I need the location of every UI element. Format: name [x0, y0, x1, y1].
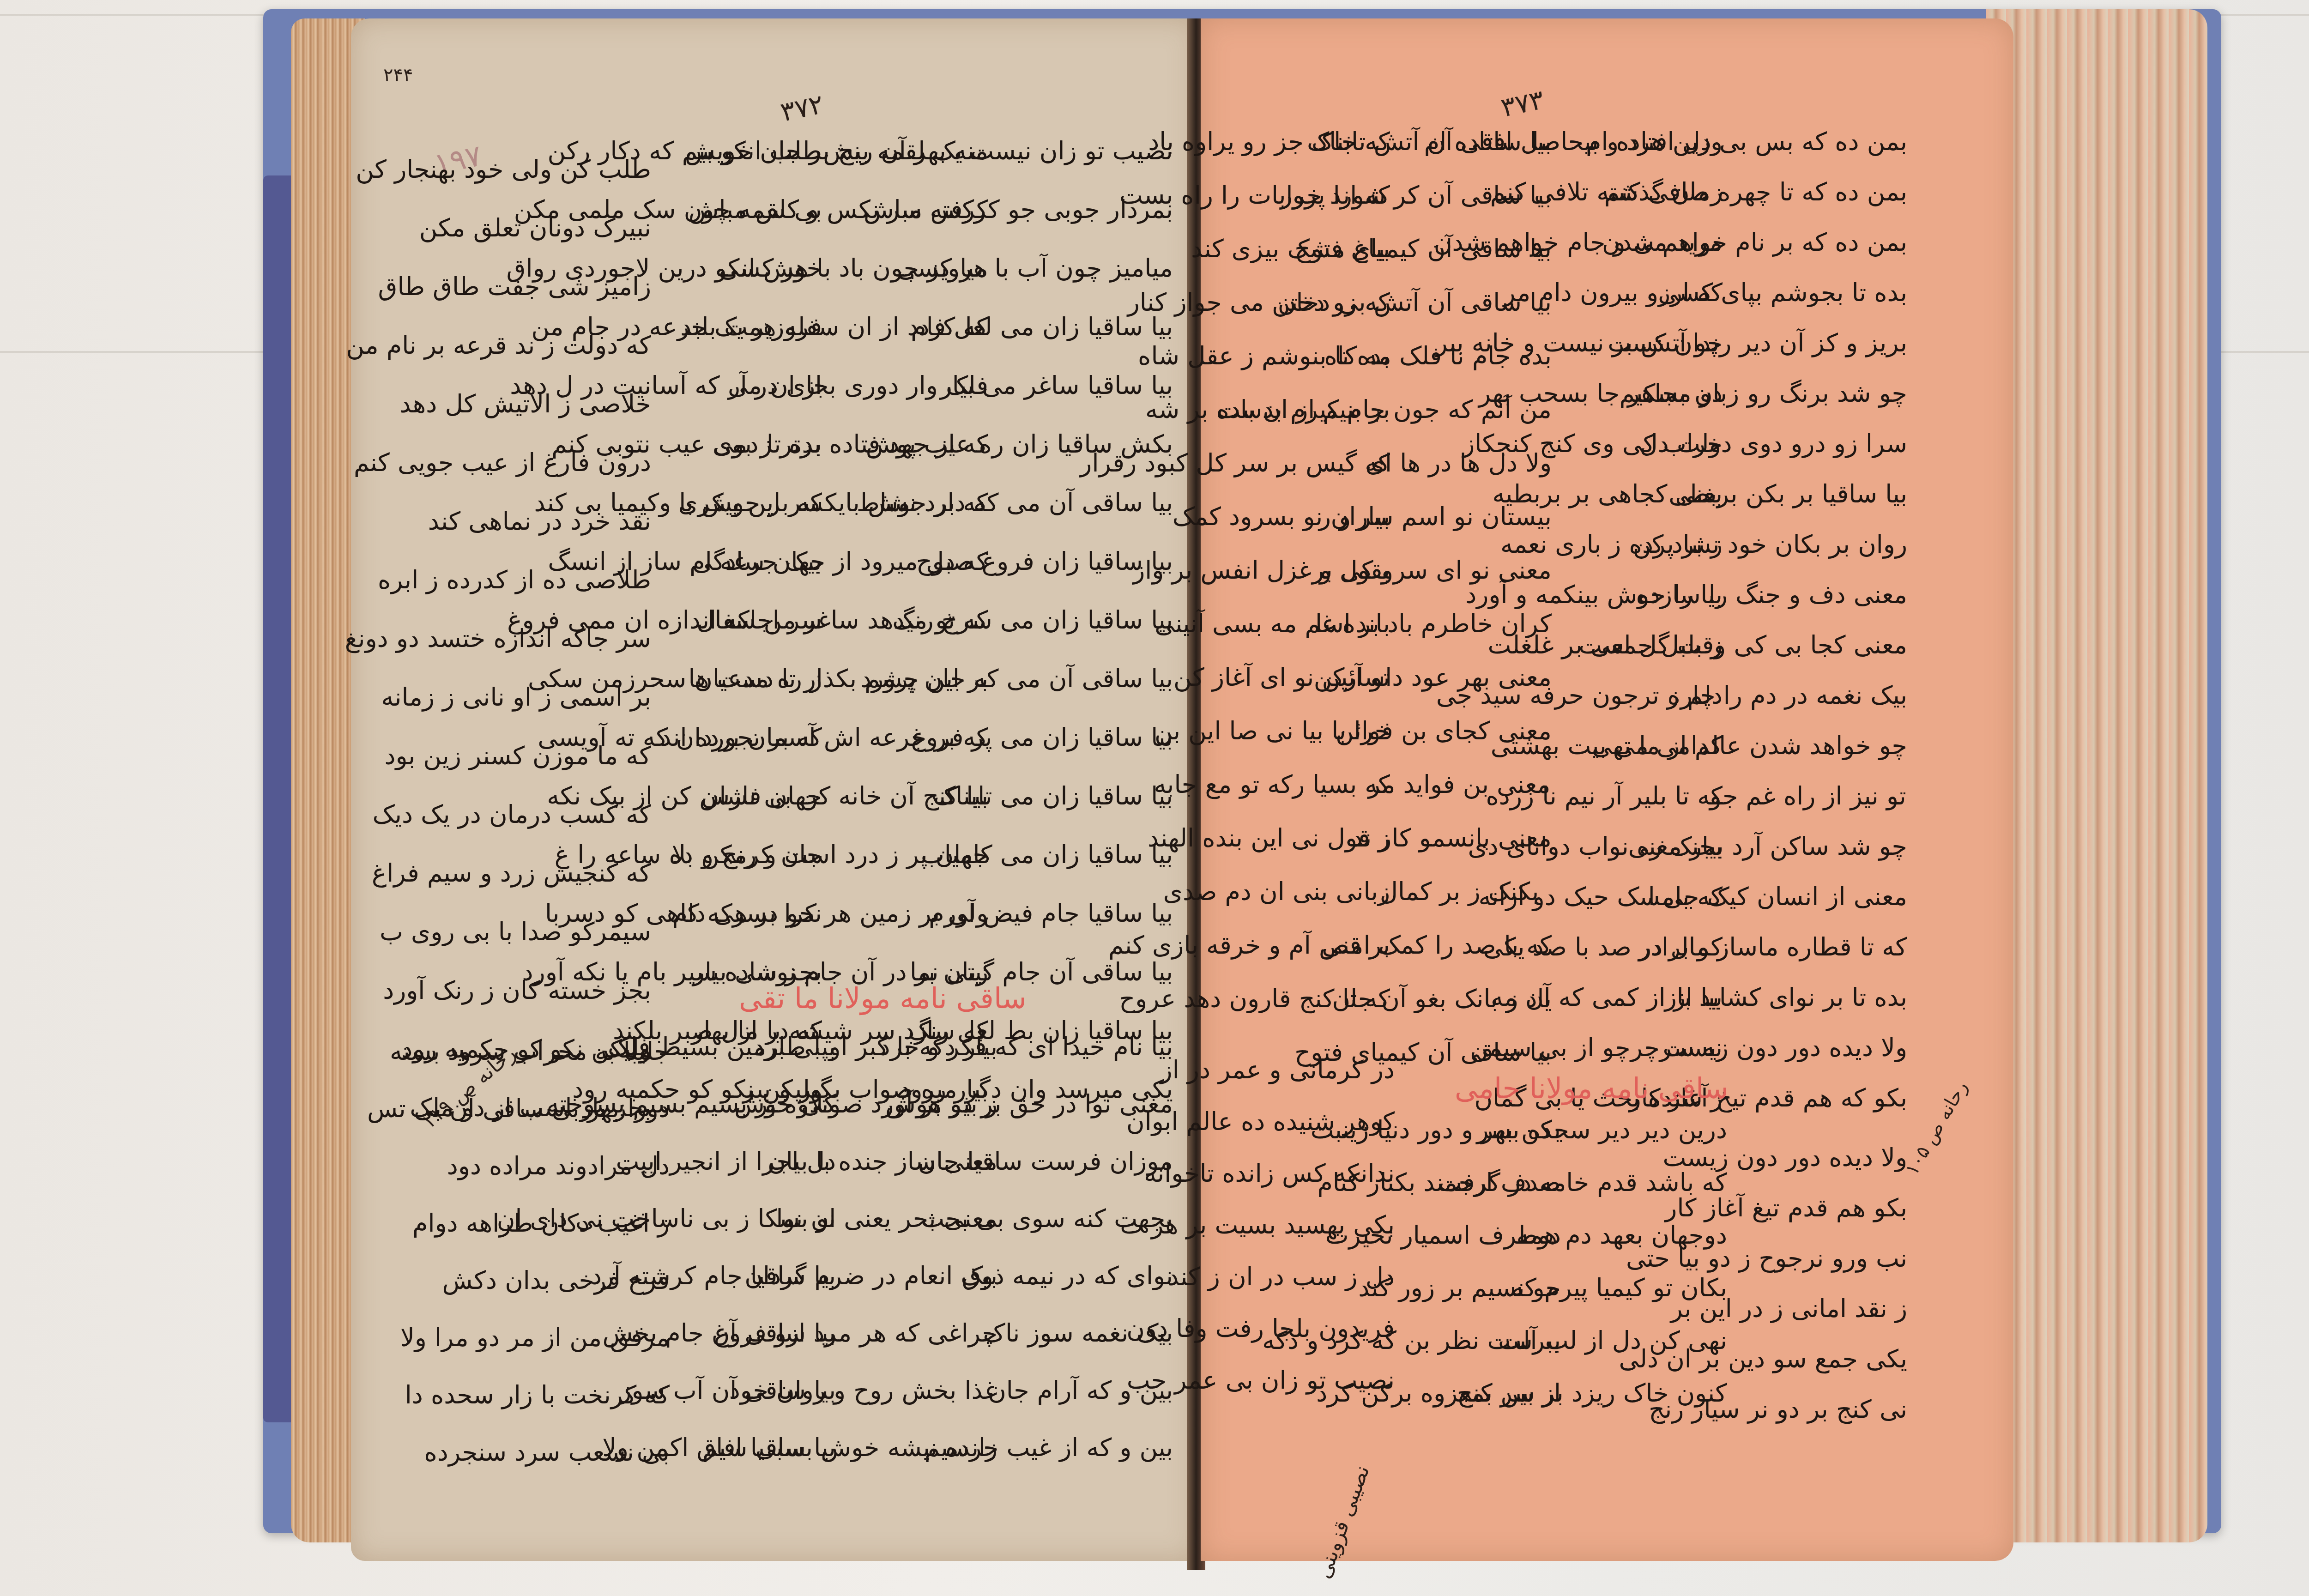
verse-line: که اند خرابات را راه بست: [1215, 183, 1390, 208]
verse-line: ولا دیده دور دون زیست: [1709, 1035, 1907, 1060]
verse-line: بیا از از کمی که آن مه: [1538, 985, 1723, 1010]
verse-line: بیا ساقیا بر بکن بربطی: [1709, 482, 1907, 507]
verse-line: که بامسک حیک دو ارانه: [1538, 884, 1723, 909]
verse-line: چو آتش بر نیست و خانه ببر: [1538, 331, 1723, 356]
verse-line: ز بیر بر آورد صوتی خوش: [822, 1092, 997, 1117]
verse-line: سیمرکو صدا با بی روی ب: [485, 919, 651, 944]
verse-line: که گیس بر سر کل کبود رقرار: [1215, 451, 1390, 476]
verse-line: معنی دف و جنگ را سازده: [1709, 582, 1907, 607]
verse-line: بیا ساقی آن آتش تابناک: [1367, 129, 1552, 154]
verse-line: بیا ساقیا زان می تابناک: [979, 784, 1173, 809]
verse-line: که بر بجوردان که ته آویسی: [647, 725, 822, 750]
verse-line: که بسیا رکه تو مع جابه: [1215, 772, 1390, 797]
left-page[interactable]: ۲۴۴ ۳۷۲ ۱۹۷ رحانه ص ۱۱۹ نصیب تو زان نیست…: [351, 18, 1196, 1561]
verse-line: بیا ساقی آن جام گیتی نما: [979, 960, 1173, 985]
verse-line: کرفته سر نکس و کس مباش: [813, 197, 988, 222]
verse-line: بده تا بر نوای کشاید باز: [1709, 985, 1907, 1010]
page-number: ۳۷۲: [778, 88, 827, 128]
verse-line: بکی بهسید بسیت بر هر ت: [1219, 1213, 1395, 1238]
verse-line: حو نسیم بر زور کند: [1376, 1276, 1561, 1300]
verse-line: چو خواهد شدن عالم از ما تهی: [1709, 733, 1907, 758]
verse-line: بیستان نو اسم سر و ر: [1367, 504, 1552, 529]
verse-line: ببرست نظر بن که کرد و دکه: [1376, 1328, 1561, 1353]
verse-line: که تا قطاره ماساز و برادر: [1709, 935, 1907, 960]
section-heading: ساقی نامه مولانا جامی: [1455, 1071, 1729, 1105]
verse-line: ولا دیده دور دون زیست: [1709, 1145, 1907, 1170]
verse-line: بیاران نو بسرود کمک: [1215, 504, 1390, 529]
verse-line: جان کرمکن ده ساعه را غ: [647, 842, 822, 867]
verse-line: دل اجرا از انجیر ابیت: [660, 1149, 836, 1174]
verse-line: دوطرف اسمیار تحیرت: [1376, 1223, 1561, 1248]
verse-line: که تا کنج قارون دهد عروح: [1215, 986, 1390, 1011]
verse-line: بر بنیم از ان باده بر شه: [1215, 397, 1390, 422]
bottom-note: نصیبی قزوینی: [1312, 1462, 1374, 1581]
verse-line: نه سرچرچو از بی سیمن: [1538, 1035, 1723, 1060]
verse-line: معنی بحر یعنی ان نوا: [822, 1206, 997, 1231]
verse-line: بیا ساقیا افاق اکمن ولا: [660, 1435, 836, 1460]
verse-line: ولا دل ها در ها ای: [1367, 451, 1552, 476]
verse-line: بر این چشم بکذار تا دست ها: [813, 666, 988, 691]
verse-line: نحو دسرکه کاهی کو دسربا: [647, 901, 822, 926]
verse-line: که تو میدهد ساغر من سفال: [813, 608, 988, 633]
verse-line: معنی از انسان کیک جی ا: [1709, 884, 1907, 909]
verse-line: بیا ساقی آن می که دارد نشاط: [979, 490, 1173, 515]
verse-line: فریدون بلجا رفت وفا دون: [1219, 1316, 1395, 1341]
verse-line: میامیز چون آب با هر کسی: [979, 256, 1173, 281]
verse-line: نو بسکا ز بی ناساخت نی دای ان: [660, 1206, 836, 1231]
verse-line: بجنک ره نواب دوانای دی: [1538, 834, 1723, 859]
verse-line: فلک وار دوری بجای در آر: [813, 373, 988, 398]
verse-line: ز بر پرده ز باری نعمه: [1538, 532, 1723, 557]
verse-line: ز بلبل جمعی بر غلغلت: [1538, 633, 1723, 658]
verse-column: بپا طارمین بسیط فلک کلاوه بر بسیم بسیم ب…: [660, 1034, 836, 1460]
verse-line: معنی بهر عود داسارکن: [1367, 665, 1552, 690]
verse-line: مرید می و جام خواهم شدن: [1538, 230, 1723, 255]
verse-line: جلیبا به محراب سرود بسته: [503, 1039, 670, 1064]
verse-line: که ارزو بیرون دام مر: [1538, 280, 1723, 305]
verse-line: چراغی که هر مرد ازو فروغ: [822, 1321, 997, 1346]
verse-line: که دولت ز ند قرعه بر نام من: [485, 333, 651, 358]
verse-line: بیا ساقیا زان می پر فروغ: [979, 725, 1173, 750]
verse-line: خرا با بیا نی صا این بن: [1215, 719, 1390, 744]
verse-line: نوای که در نیمه ذوق: [988, 1263, 1173, 1288]
verse-line: که بر جرعه اش آسمان برده اند: [813, 725, 988, 750]
right-page-stack-edges: [1986, 9, 2207, 1542]
verse-line: بکو هم قدم تیغ آغاز کار: [1709, 1196, 1907, 1221]
verse-line: نصیب تو زان بی عمر حب: [1219, 1368, 1395, 1393]
verse-line: بیا کنج آن خانه کن بی نشان: [813, 784, 988, 809]
verse-line: کوهر شنیده ده عالم ابوان: [1219, 1109, 1395, 1134]
verse-line: که خاک جز رو یراوه باد: [1215, 129, 1390, 154]
verse-line: من آنم که جون جام کیرم بدست: [1367, 397, 1552, 422]
verse-line: بیا ساقیا زان می سرخ رنگ: [979, 608, 1173, 633]
verse-line: فروزیر یک جرعه در جام من: [647, 314, 822, 339]
verse-column: بیار دکه با کبر او بی برد ز بیر بر آورد …: [822, 1034, 997, 1460]
folio-number: ۲۴۴: [383, 65, 413, 86]
verse-column: بکن بهر و دور دنیا زینبت صدف ارجمند بکنا…: [1376, 1118, 1561, 1406]
verse-line: بیا ساقی آن آب سوز: [660, 1378, 836, 1403]
verse-line: بیا را حوش بینکمه و آورد: [1538, 582, 1723, 607]
verse-line: نی کنج بر دو نر سیار رنج: [1709, 1397, 1907, 1422]
verse-line: بمن ده که بر نام خواهم شدن: [1709, 230, 1907, 255]
verse-line: خوش انکو درین لاجوردی رواق: [647, 256, 822, 281]
verse-line: ز ره مدعیان سحرزمن سکی: [647, 666, 822, 691]
verse-line: بیک جرعه ام ساز از انسگ: [647, 549, 822, 574]
verse-line: بیا ساقیا زان می لعل فام: [979, 314, 1173, 339]
verse-line: که باشد قدم خامه در گرفت: [1542, 1170, 1727, 1195]
verse-line: بکو که هم قدم تیخ آغاز کار: [1709, 1086, 1907, 1111]
verse-line: طلاصی ده از کدرده ز ابره: [485, 568, 651, 592]
verse-line: بیک نغمه در دم را چاره: [1709, 683, 1907, 708]
verse-line: بیا ساقیا زان می کامیاب: [979, 842, 1173, 867]
verse-line: نهی کن دل از لب آلت: [1542, 1328, 1727, 1353]
verse-line: بپا طارمین بسیط فلک: [660, 1034, 836, 1059]
verse-line: دلم ز ترجون حرفه سید جی: [1538, 683, 1723, 708]
verse-line: بر اسمی ز او نانی ز زمانه: [485, 685, 651, 710]
verse-line: زمان گذشته تلافی کنم: [1538, 180, 1723, 205]
margin-note: رحانه ص ۱۰۵: [1901, 1077, 1972, 1179]
verse-line: که از جهد فتاده برتر ز بوی: [813, 432, 988, 457]
verse-line: بده تا بنوشم ز عقل شاه: [1215, 344, 1390, 369]
verse-line: کنون خاک ریزد بر سر کنج: [1542, 1381, 1727, 1406]
verse-line: بده جام نا فلک مه کاه: [1367, 344, 1552, 369]
verse-line: وزین هرد و بیحاصل افتاده ام: [1538, 129, 1723, 154]
verse-line: یکی جمع سو دین بر ان دلی: [1709, 1347, 1907, 1372]
verse-line: فرح فرخی بدان دکش: [503, 1268, 670, 1293]
verse-line: دورا بهر بی ساقی آن بی تس: [503, 1096, 670, 1121]
verse-line: زبانی بنی ان دم صدی: [1215, 879, 1390, 904]
verse-line: بین و که از غیب جرسیم: [988, 1435, 1173, 1460]
right-page[interactable]: ۳۷۳ رحانه ص ۱۰۵ نصیبی قزوینی بمن ده که ب…: [1201, 18, 2013, 1561]
verse-line: چو شد ساکن آرد بیار مغنی: [1709, 834, 1907, 859]
verse-line: بیاغ مشک بیزی کند: [1215, 236, 1390, 261]
verse-line: ز نقد امانی ز در این بر: [1709, 1296, 1907, 1321]
verse-line: که بر جوش بایکسر این پیکری: [813, 490, 988, 515]
verse-line: نصیب تو زان نیست یک لقمه بیش: [979, 139, 1173, 163]
verse-line: بیا ساقیا جام فیض آورم: [979, 901, 1173, 926]
verse-line: دوجهان بعهد دم همه: [1542, 1223, 1727, 1248]
verse-line: بده تا بجوشم بپای کسی: [1709, 280, 1907, 305]
verse-line: معنی نو ای سرو کی بر: [1367, 558, 1552, 583]
verse-line: که دل میرود از جهان سادگی: [813, 549, 988, 574]
verse-column: وزین هرد و بیحاصل افتاده ام زمان گذشته ت…: [1538, 129, 1723, 1111]
verse-line: در کرمانی و عمر در از: [1219, 1058, 1395, 1082]
verse-line: کلاوه بر بسیم بسیم بسوخته: [660, 1092, 836, 1117]
verse-line: بکان تو کیمیا پیرم که: [1542, 1276, 1727, 1300]
verse-line: سرا زو درو دوی دولت دل: [1709, 431, 1907, 456]
verse-line: تو آئین نو ای آغاز کن: [1215, 665, 1390, 690]
verse-line: که کرنخت با زار سحده دا: [503, 1383, 670, 1408]
verse-line: بی لقمه چون سک ملمی مکن: [647, 197, 822, 222]
verse-line: طلب انکو بیم که دکار رکن: [647, 139, 822, 163]
verse-line: کدامی می بیت بهشتی: [1538, 733, 1723, 758]
verse-line: روان بر بکان خود نشاد کن: [1709, 532, 1907, 557]
verse-line: بکنک ز بر کمال: [1367, 879, 1552, 904]
verse-line: جهان فارس کن از بیک نکه: [647, 784, 822, 809]
verse-line: بجز خسته کان ز رنک آورد: [485, 978, 651, 1003]
verse-line: نقد خرد در نماهی کند: [485, 509, 651, 534]
verse-line: طلب کن ولی خود بهنجار کن: [485, 157, 651, 182]
verse-line: دو مجاهر جا بسحب بهر: [1538, 381, 1723, 406]
verse-line: یاد ز بانک بغو آن جان: [1367, 986, 1552, 1011]
verse-line: بیا ساقی آن کر شورا پرور: [1367, 183, 1552, 208]
verse-line: ز اغیب دکان طراهه دوام: [503, 1211, 670, 1236]
verse-line: که کنجیش زرد و سیم فراغ: [485, 861, 651, 886]
verse-line: معنی بانسمو کار ند: [1367, 826, 1552, 851]
verse-column: طلب انکو بیم که دکار رکن بی لقمه چون سک …: [647, 139, 822, 1102]
verse-line: که بر جوش با وکیمیا بی کند: [647, 490, 822, 515]
verse-line: بکن بهر و دور دنیا زینبت: [1376, 1118, 1561, 1143]
verse-line: بقول و غزل انفس بر واز: [1215, 558, 1390, 583]
verse-line: زانده نیشه خوش بسبی سیم: [822, 1435, 997, 1460]
verse-line: بیا ساقی آن می که جان پرورد: [979, 666, 1173, 691]
section-heading: ساقی نامه مولانا ما تقی: [739, 981, 1027, 1015]
verse-line: تو نیز از راه غم جو: [1709, 784, 1907, 809]
verse-column: درین دیر دیر سجده بسر که باشد قدم خامه د…: [1542, 1118, 1727, 1406]
verse-column: بیا ساقی آن آتش تابناک بیا ساقی آن کر شو…: [1367, 129, 1552, 1065]
verse-line: خراب کی وی کنج کنجکاز: [1538, 431, 1723, 456]
verse-line: بیا نام حیدا ای که فکر و خرد: [988, 1034, 1173, 1059]
verse-line: معنی کجا بی کی وقت گل است: [1709, 633, 1907, 658]
verse-line: نبیرک دونان تعلق مکن: [485, 216, 651, 241]
verse-line: ز قول نی این بنده الهند: [1215, 826, 1390, 851]
verse-line: کمال در صد با صد یکی: [1538, 935, 1723, 960]
verse-column: بمن ده که بس بی دل افتاده ام بمن ده که ت…: [1709, 129, 1907, 1111]
verse-line: بیا ساقی آن کیمیای فتوح: [1367, 236, 1552, 261]
verse-line: بر قص آم و خرقه بازی کنم: [1215, 933, 1390, 958]
verse-line: بیا ساقی آن آتش بی دخان: [1367, 290, 1552, 315]
verse-line: بیا ساقیا جام کرشته آرد: [660, 1263, 836, 1288]
verse-line: دل ز سب در ان ز کند: [1219, 1264, 1395, 1289]
verse-line: جهان پر ز درد است و رنج و بلا: [813, 842, 988, 867]
page-number: ۳۷۳: [1498, 84, 1547, 123]
verse-line: چو شد برنگ رو زبان بسکیم: [1709, 381, 1907, 406]
verse-line: ولی بر زمین هر کرا بر هی دام: [813, 901, 988, 926]
verse-line: بغنی کجاهی بر بربطیه: [1538, 482, 1723, 507]
verse-line: منه بهر آن رنج بر جان خویش: [813, 139, 988, 163]
verse-line: از بین بمعزوه برکن کرد: [1376, 1381, 1561, 1406]
verse-line: بیک انعام در ضرم گردان: [822, 1263, 997, 1288]
verse-line: که تا بلیر آر نیم نا زرده: [1538, 784, 1723, 809]
verse-column: در کرمانی و عمر در از کوهر شنیده ده عالم…: [1219, 1058, 1395, 1393]
verse-line: خلاصی ز الاتیش کل دهد: [485, 392, 651, 417]
verse-line: بجز ساده سیر بام یا نکه آورد: [647, 960, 822, 985]
verse-line: سر جاکه اندازه ختسد دو دونغ: [485, 626, 651, 651]
verse-line: دل مرادوند مراده دود: [503, 1154, 670, 1179]
verse-line: بیا ساقی آن کیمیای فتوح: [1367, 1040, 1552, 1065]
verse-line: زامیز شی جفت طاق طاق: [485, 274, 651, 299]
verse-line: بده تا دمی عیب نتوبی کنم: [647, 432, 822, 457]
verse-line: بیار دکه با کبر او بی برد: [822, 1034, 997, 1059]
verse-line: درین دیر دیر سجده بسر: [1542, 1118, 1727, 1143]
verse-column: طلب کن ولی خود بهنجار کن نبیرک دونان تعل…: [485, 157, 651, 1120]
verse-line: نب ورو نرجوح ز دو بیا حتی: [1709, 1246, 1907, 1271]
verse-line: که با صد را کمک امنی: [1367, 933, 1552, 958]
verse-line: معنی بن فواید مر: [1367, 772, 1552, 797]
verse-line: سر اجاکه اندازه ان ممی فروغ: [647, 608, 822, 633]
verse-line: مرفق من از مر دو مرا ولا: [503, 1325, 670, 1350]
verse-column: منه بهر آن رنج بر جان خویش کرفته سر نکس …: [813, 139, 988, 1102]
verse-line: میاویز چون باد با هر کسی: [813, 256, 988, 281]
verse-line: بمن ده که تا چهره صافی کنم: [1709, 180, 1907, 205]
verse-column: جلیبا به محراب سرود بسته دورا بهر بی ساق…: [503, 1039, 670, 1465]
verse-line: بانده غم مه بسی آنینی: [1215, 611, 1390, 636]
verse-line: صدف ارجمند بکنار کنام: [1376, 1170, 1561, 1195]
verse-line: بیا ساقیا ساغر می بیار: [979, 373, 1173, 398]
verse-line: که ما موزن کسنر زین بود: [485, 744, 651, 768]
verse-column: بیا نام حیدا ای که فکر و خرد مغنی نوا در…: [988, 1034, 1173, 1460]
verse-line: بیا ساقی آن جام بخش: [660, 1321, 836, 1346]
verse-line: بمن ده که بس بی دل افتاده ام: [1709, 129, 1907, 154]
verse-line: غذا بخش روح و روان خود: [822, 1378, 997, 1403]
verse-line: که زو دختن می جواز کنار: [1215, 290, 1390, 315]
verse-line: معنی کجای بن فوائن: [1367, 719, 1552, 744]
verse-line: که کردد از ان سفله همت بلند: [813, 314, 988, 339]
verse-line: زنان بر در آن جام نوشی بیار: [813, 960, 988, 985]
verse-column: که خاک جز رو یراوه باد که اند خرابات را …: [1215, 129, 1390, 1011]
verse-line: معنی ساز جنده با بیان: [822, 1149, 997, 1174]
verse-column: ولا دیده دور دون زیست بکو هم قدم تیغ آغا…: [1709, 1145, 1907, 1422]
verse-line: بریز و کز آن دیر رندان کست: [1709, 331, 1907, 356]
verse-line: از ان می که آسانیت در ل دهد: [647, 373, 822, 398]
verse-line: که کسب درمان در یک دیک: [485, 802, 651, 827]
verse-line: درون فارغ از عیب جویی کنم: [485, 450, 651, 475]
verse-line: کران خاطرم باد بر اسا: [1367, 611, 1552, 636]
verse-line: بی نسعب سرد سنجرده: [503, 1440, 670, 1465]
verse-line: ندانکه کس زانده تاخوانه: [1219, 1161, 1395, 1186]
